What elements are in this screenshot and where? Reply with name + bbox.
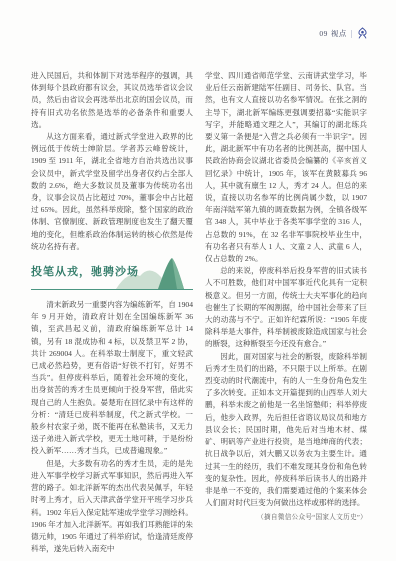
paragraph-military-schools: 但是，大多数有功名的秀才生员，走的是先进入军事学校学习新式军事知识，然后再进入军… — [31, 458, 193, 556]
paragraph-liu-dapeng: 因此，面对国家与社会的断裂，废除科举制后秀才生员们的出路，不只限于以上所举。在剧… — [205, 351, 367, 510]
magazine-page: 09 视点 | 进入民国后，共和体制下对选举程序的强调，具体到每个县政府都有议会… — [0, 0, 396, 561]
page-number: 09 — [319, 29, 328, 38]
magazine-logo-icon — [357, 27, 368, 39]
section-heading: 投笔从戎，驰骋沙场 — [31, 260, 193, 284]
paragraph-election-republic: 进入民国后，共和体制下对选举程序的强调，具体到每个县政府都有议会，其议员选举省议… — [31, 70, 193, 131]
paragraph-gentry-statistics: 从这方面来看，通过新式学堂进入政界的比例远低于传统士绅阶层。学者苏云峰曾统计，1… — [31, 131, 193, 253]
page-header: 09 视点 | — [319, 27, 368, 39]
section-heading-block: 投笔从戎，驰骋沙场 — [31, 260, 193, 290]
paragraph-hubei-army: 学堂、四川通省师范学堂、云南讲武堂学习，毕业后任云南新建陆军任副目、司务长、队官… — [205, 70, 367, 265]
article-body: 进入民国后，共和体制下对选举程序的强调，具体到每个县政府都有议会，其议员选举省议… — [31, 70, 367, 555]
paragraph-warlord-impact: 总的来说，停废科举后投身军营的旧式读书人不可胜数，他们对中国军事近代化具有一定积… — [205, 265, 367, 350]
paragraph-new-army: 清末新政另一重要内容为编练新军，自 1904 年 9 月开始，清政府计划在全国编… — [31, 299, 193, 458]
left-column: 进入民国后，共和体制下对选举程序的强调，具体到每个县政府都有议会，其议员选举省议… — [31, 70, 193, 555]
source-attribution: （摘自微信公众号“国家人文历史”） — [205, 512, 367, 524]
header-divider: | — [351, 29, 353, 38]
section-label: 视点 — [331, 28, 347, 39]
right-column: 学堂、四川通省师范学堂、云南讲武堂学习，毕业后任云南新建陆军任副目、司务长、队官… — [205, 70, 367, 555]
